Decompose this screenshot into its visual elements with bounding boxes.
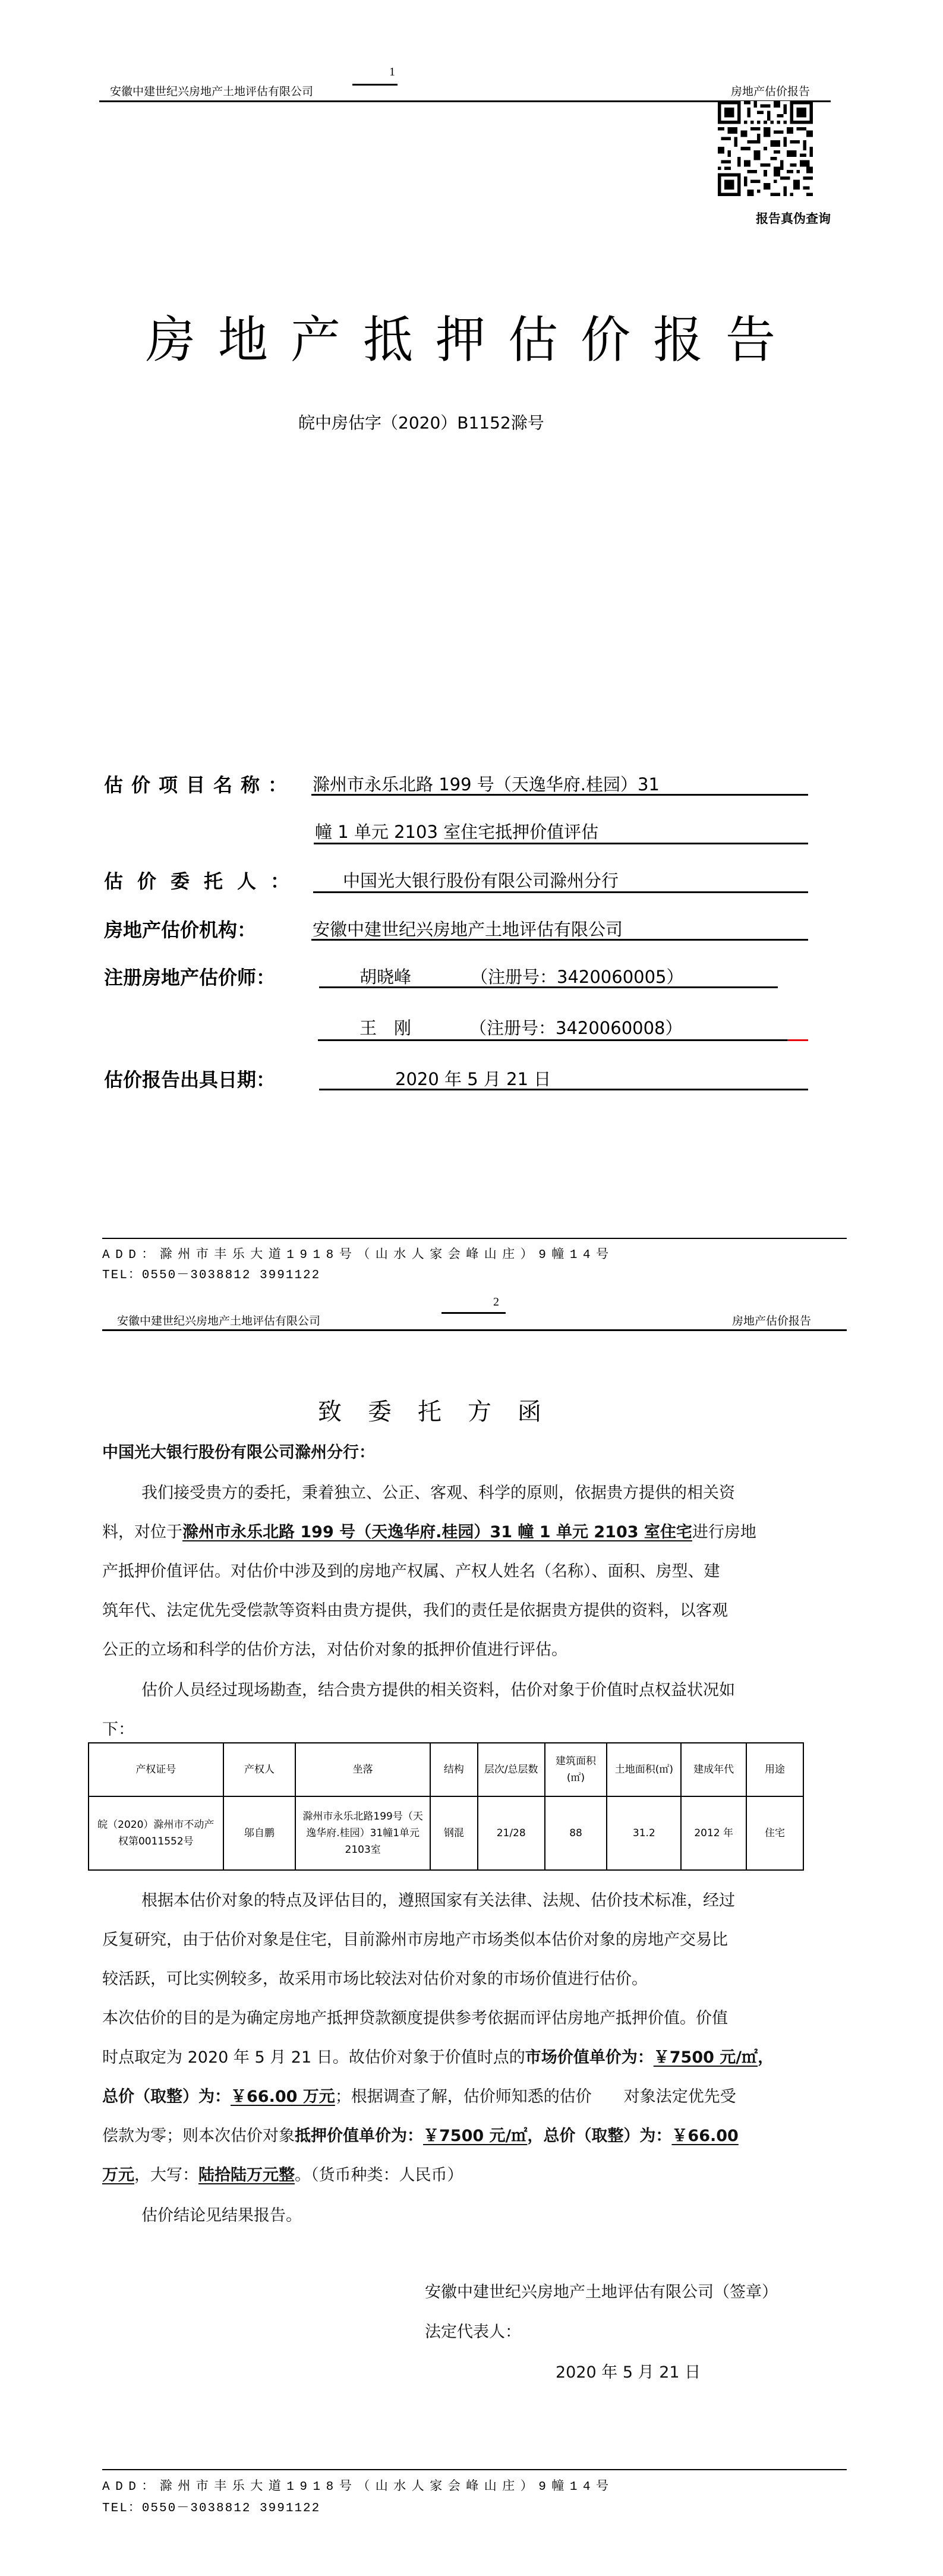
market-unit-value: ￥7500 元/㎡ (654, 2048, 758, 2067)
footer-address: ADD：滁州市丰乐大道1918号（山水人家会峰山庄）9幢14号 (102, 2476, 614, 2494)
currency-note: 。（货币种类：人民币） (295, 2166, 463, 2184)
col-built-year: 建成年代 (681, 1743, 746, 1796)
agency-underline (311, 939, 808, 941)
page-number-rule (441, 1312, 506, 1314)
appraiser-2-name: 王 刚 (359, 1015, 411, 1039)
para4-line1: 本次估价的目的是为确定房地产抵押贷款额度提供参考依据而评估房地产抵押价值。价值 (102, 2005, 728, 2028)
cell-structure: 钢混 (430, 1796, 478, 1870)
para1-line2-pre: 料，对位于 (102, 1523, 182, 1541)
para4-line4-pre: 偿款为零；则本次估价对象 (102, 2127, 295, 2145)
para4-line5: 万元，大写：陆拾陆万元整。（货币种类：人民币） (102, 2162, 463, 2185)
cell-owner: 邬自鹏 (223, 1796, 296, 1870)
qr-caption: 报告真伪查询 (756, 209, 831, 227)
footer-address: ADD：滁州市丰乐大道1918号（山水人家会峰山庄）9幢14号 (102, 1244, 614, 1262)
cell-built-year: 2012 年 (681, 1796, 746, 1870)
page-number-rule (352, 84, 398, 86)
table-row: 皖（2020）滁州市不动产权第0011552号 邬自鹏 滁州市永乐北路199号（… (89, 1796, 803, 1870)
footer-rule (102, 2469, 847, 2470)
report-title: 房地产抵押估价报告 (146, 300, 798, 372)
col-cert-no: 产权证号 (89, 1743, 223, 1796)
appraiser-1-name: 胡晓峰 (359, 964, 411, 988)
para2-line1: 估价人员经过现场勘查，结合贵方提供的相关资料，估价对象于价值时点权益状况如 (141, 1677, 735, 1700)
para1-line5: 公正的立场和科学的估价方法，对估价对象的抵押价值进行评估。 (102, 1637, 567, 1660)
para4-line2: 时点取定为 2020 年 5 月 21 日。故估价对象于价值时点的市场价值单价为… (102, 2044, 774, 2067)
para4-line4: 偿款为零；则本次估价对象抵押价值单价为：￥7500 元/㎡，总价（取整）为：￥6… (102, 2123, 739, 2146)
para1-line1: 我们接受贵方的委托，秉着独立、公正、客观、科学的原则，依据贵方提供的相关资 (141, 1480, 735, 1503)
project-name-value-line2: 幢 1 单元 2103 室住宅抵押价值评估 (315, 819, 598, 843)
agency-label: 房地产估价机构： (104, 915, 256, 942)
client-label: 估价委托人： (104, 866, 304, 894)
para4-line2-post: ， (758, 2048, 774, 2067)
col-owner: 产权人 (223, 1743, 296, 1796)
para4-line3: 总价（取整）为：￥66.00 万元；根据调查了解，估价师知悉的估价 对象法定优先… (102, 2083, 736, 2107)
page-number: 1 (389, 65, 395, 79)
header-company: 安徽中建世纪兴房地产土地评估有限公司 (117, 1312, 320, 1328)
project-name-underline (311, 794, 808, 796)
para3-line1: 根据本估价对象的特点及评估目的，遵照国家有关法律、法规、估价技术标准，经过 (141, 1887, 735, 1910)
appraiser-2-underline-mark (787, 1039, 808, 1041)
header-company: 安徽中建世纪兴房地产土地评估有限公司 (110, 83, 313, 99)
footer-tel: TEL：0550－3038812 3991122 (102, 1265, 320, 1282)
footer-tel: TEL：0550－3038812 3991122 (102, 2498, 320, 2515)
report-date-value: 2020 年 5 月 21 日 (395, 1066, 551, 1090)
mortgage-unit-label: 抵押价值单价为： (295, 2127, 423, 2145)
page-number: 2 (493, 1295, 499, 1309)
conclusion: 估价结论见结果报告。 (141, 2202, 302, 2225)
mortgage-total-label: 总价（取整）为： (543, 2127, 671, 2145)
market-total-label: 总价（取整）为： (102, 2088, 231, 2106)
qr-code-icon[interactable] (718, 101, 813, 196)
col-location: 坐落 (295, 1743, 430, 1796)
para3-line2: 反复研究，由于估价对象是住宅，目前滁州市房地产市场类似本估价对象的房地产交易比 (102, 1927, 728, 1950)
agency-value: 安徽中建世纪兴房地产土地评估有限公司 (313, 916, 623, 941)
client-underline (313, 891, 808, 893)
amount-in-words: 陆拾陆万元整 (198, 2166, 295, 2184)
para2-line2: 下： (102, 1716, 134, 1739)
cell-usage: 住宅 (746, 1796, 803, 1870)
para4-line3-post: ；根据调查了解，估价师知悉的估价 对象法定优先受 (335, 2088, 736, 2106)
cell-building-area: 88 (545, 1796, 607, 1870)
report-number: 皖中房估字（2020）B1152滁号 (298, 410, 544, 434)
cell-floor: 21/28 (478, 1796, 545, 1870)
mortgage-total-value-a: ￥66.00 (671, 2127, 738, 2145)
project-name-label: 估价项目名称： (104, 770, 295, 797)
market-unit-label: 市场价值单价为： (525, 2048, 654, 2067)
cell-cert-no: 皖（2020）滁州市不动产权第0011552号 (89, 1796, 223, 1870)
appraisers-label: 注册房地产估价师： (104, 963, 275, 990)
project-name-underline-2 (314, 843, 808, 844)
header-rule (102, 1329, 847, 1331)
col-land-area: 土地面积(㎡) (607, 1743, 681, 1796)
appraiser-2-reg: （注册号：3420060008） (469, 1015, 683, 1039)
para4-line2-pre: 时点取定为 2020 年 5 月 21 日。故估价对象于价值时点的 (102, 2048, 525, 2067)
appraiser-1-reg: （注册号：3420060005） (471, 964, 684, 988)
valuation-subject: 滁州市永乐北路 199 号（天逸华府.桂园）31 幢 1 单元 2103 室住宅 (182, 1523, 692, 1541)
report-date-underline (319, 1089, 808, 1090)
col-floor: 层次/总层数 (478, 1743, 545, 1796)
cell-location: 滁州市永乐北路199号（天逸华府.桂园）31幢1单元2103室 (295, 1796, 430, 1870)
header-doc-type: 房地产估价报告 (731, 83, 810, 99)
para4-line4-mid: ， (527, 2127, 543, 2145)
table-header-row: 产权证号 产权人 坐落 结构 层次/总层数 建筑面积(㎡) 土地面积(㎡) 建成… (89, 1743, 803, 1796)
project-name-value-line1: 滁州市永乐北路 199 号（天逸华府.桂园）31 (313, 771, 660, 796)
signature-date: 2020 年 5 月 21 日 (556, 2359, 701, 2382)
signature-company: 安徽中建世纪兴房地产土地评估有限公司（签章） (425, 2279, 778, 2302)
para1-line2: 料，对位于滁州市永乐北路 199 号（天逸华府.桂园）31 幢 1 单元 210… (102, 1519, 756, 1542)
mortgage-total-value-b: 万元 (102, 2166, 134, 2184)
mortgage-unit-value: ￥7500 元/㎡ (423, 2127, 527, 2145)
para1-line3: 产抵押价值评估。对估价中涉及到的房地产权属、产权人姓名（名称）、面积、房型、建 (102, 1558, 720, 1581)
legal-representative: 法定代表人： (425, 2319, 521, 2342)
market-total-value: ￥66.00 万元 (231, 2088, 335, 2106)
client-value: 中国光大银行股份有限公司滁州分行 (343, 868, 619, 892)
para3-line3: 较活跃，可比实例较多，故采用市场比较法对估价对象的市场价值进行估价。 (102, 1966, 648, 1989)
addressee: 中国光大银行股份有限公司滁州分行： (102, 1439, 375, 1462)
para4-line5-mid: ，大写： (134, 2166, 198, 2184)
appraiser-1-underline (319, 986, 778, 988)
col-structure: 结构 (430, 1743, 478, 1796)
footer-rule (102, 1238, 847, 1239)
letter-title: 致委托方函 (318, 1393, 567, 1427)
property-table: 产权证号 产权人 坐落 结构 层次/总层数 建筑面积(㎡) 土地面积(㎡) 建成… (88, 1742, 804, 1871)
appraiser-2-underline (318, 1039, 787, 1041)
col-usage: 用途 (746, 1743, 803, 1796)
report-date-label: 估价报告出具日期： (104, 1065, 275, 1092)
header-doc-type: 房地产估价报告 (732, 1312, 811, 1328)
cell-land-area: 31.2 (607, 1796, 681, 1870)
para1-line4: 筑年代、法定优先受偿款等资料由贵方提供，我们的责任是依据贵方提供的资料，以客观 (102, 1597, 728, 1620)
col-building-area: 建筑面积(㎡) (545, 1743, 607, 1796)
para1-line2-post: 进行房地 (692, 1523, 756, 1541)
